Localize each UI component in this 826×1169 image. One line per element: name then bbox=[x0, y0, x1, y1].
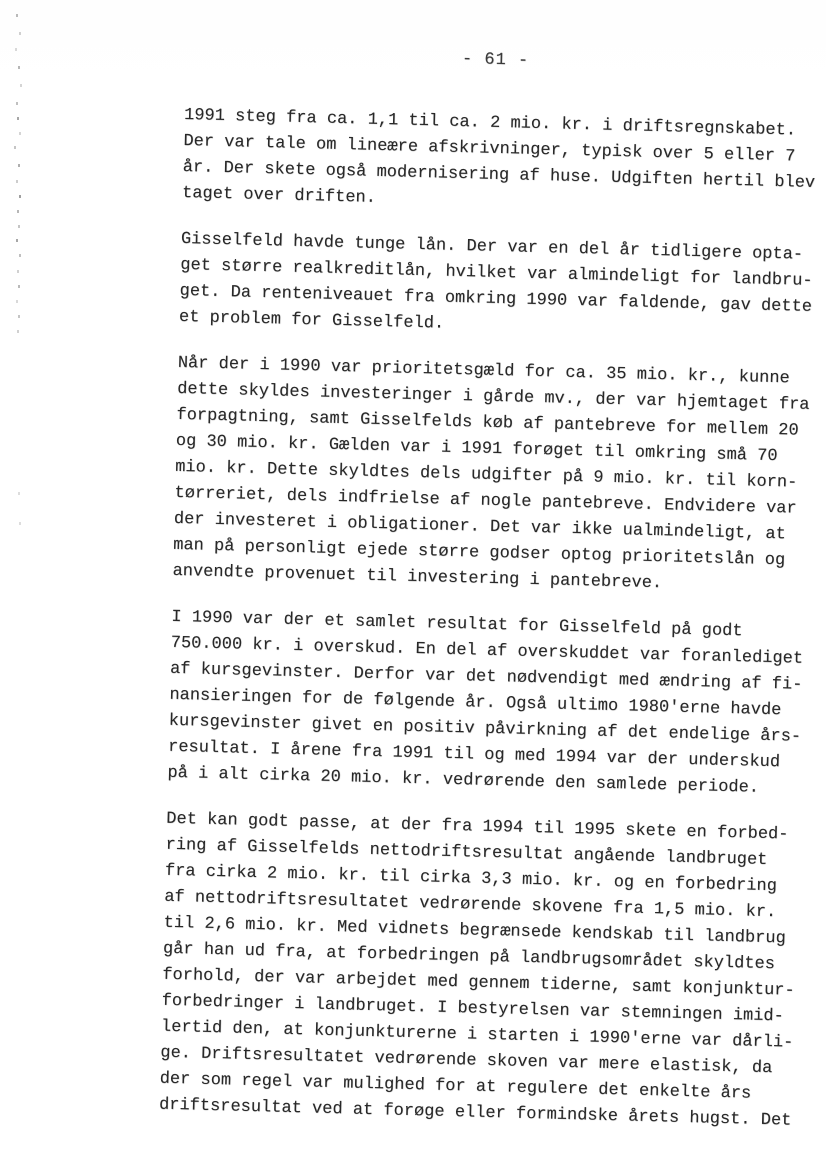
paragraph-1: 1991 steg fra ca. 1,1 til ca. 2 mio. kr.… bbox=[182, 103, 826, 223]
page-number: - 61 - bbox=[185, 40, 805, 82]
typewritten-text-block: - 61 - 1991 steg fra ca. 1,1 til ca. 2 m… bbox=[158, 40, 826, 1155]
scan-edge-artifacts bbox=[16, 14, 18, 17]
paragraph-3: Når der i 1990 var prioritetsgæld for ca… bbox=[172, 351, 826, 601]
paragraph-5: Det kan godt passe, at der fra 1994 til … bbox=[159, 807, 819, 1135]
paragraph-4: I 1990 var der et samlet resultat for Gi… bbox=[167, 605, 823, 803]
paragraph-2: Gisselfeld havde tunge lån. Der var en d… bbox=[179, 227, 826, 347]
scanned-page: - 61 - 1991 steg fra ca. 1,1 til ca. 2 m… bbox=[0, 0, 826, 1169]
